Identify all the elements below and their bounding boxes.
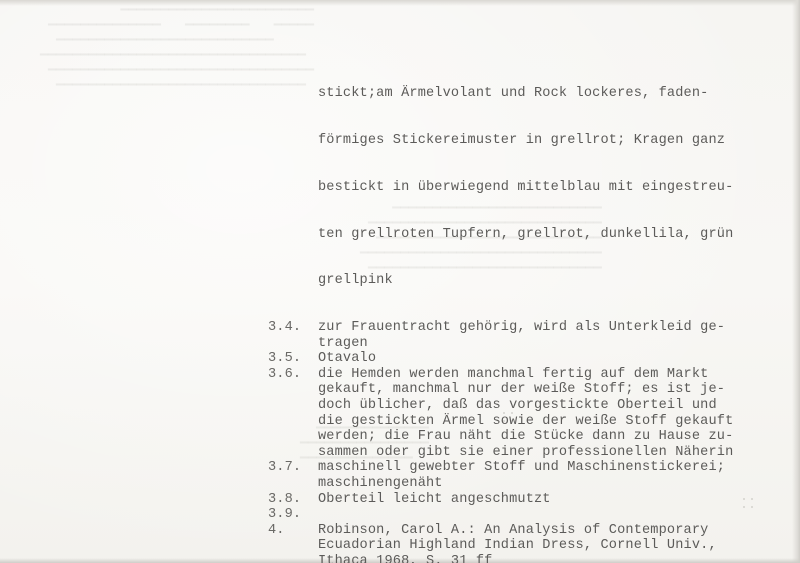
- entry-number: 4.: [268, 523, 318, 563]
- entry-4: 4.Robinson, Carol A.: An Analysis of Con…: [268, 523, 798, 563]
- entry-number: 3.9.: [268, 507, 318, 523]
- entry-number: 3.6.: [268, 367, 318, 461]
- text-line: zur Frauentracht gehörig, wird als Unter…: [318, 320, 798, 336]
- entry-number: 3.5.: [268, 351, 318, 367]
- continuation-block: stickt;am Ärmelvolant und Rock lockeres,…: [268, 55, 798, 320]
- text-line: werden; die Frau näht die Stücke dann zu…: [318, 429, 798, 445]
- paper-card: ▔▔▔▔▔▔▔▔▔▔▔▔▔▔▔▔▔▔▔▔▔▔▔▔ ▔▔▔▔▔ ▔▔▔▔▔▔▔▔ …: [0, 0, 800, 563]
- numbered-entries: 3.4.zur Frauentracht gehörig, wird als U…: [268, 320, 798, 563]
- text-line: Ecuadorian Highland Indian Dress, Cornel…: [318, 538, 798, 554]
- card-top-edge: [0, 0, 800, 6]
- typewritten-text: stickt;am Ärmelvolant und Rock lockeres,…: [268, 55, 798, 563]
- entry-3-7: 3.7.maschinell gewebter Stoff und Maschi…: [268, 460, 798, 491]
- entry-3-5: 3.5.Otavalo: [268, 351, 798, 367]
- text-line: sammen oder gibt sie einer professionell…: [318, 445, 798, 461]
- text-line: die gestickten Ärmel sowie der weiße Sto…: [318, 414, 798, 430]
- text-line: maschinengenäht: [318, 476, 798, 492]
- text-line: doch üblicher, daß das vorgestickte Ober…: [318, 398, 798, 414]
- entry-3-8: 3.8.Oberteil leicht angeschmutzt: [268, 492, 798, 508]
- text-line: grellpink: [318, 273, 798, 289]
- entry-3-6: 3.6.die Hemden werden manchmal fertig au…: [268, 367, 798, 461]
- entry-3-4: 3.4.zur Frauentracht gehörig, wird als U…: [268, 320, 798, 351]
- text-line: die Hemden werden manchmal fertig auf de…: [318, 367, 798, 383]
- entry-number: 3.8.: [268, 492, 318, 508]
- text-line: stickt;am Ärmelvolant und Rock lockeres,…: [318, 86, 798, 102]
- text-line: gekauft, manchmal nur der weiße Stoff; e…: [318, 382, 798, 398]
- text-line: bestickt in überwiegend mittelblau mit e…: [318, 180, 798, 196]
- text-line: tragen: [318, 336, 798, 352]
- entry-3-9: 3.9.: [268, 507, 798, 523]
- text-line: [318, 507, 798, 523]
- entry-number: 3.7.: [268, 460, 318, 491]
- entry-number: 3.4.: [268, 320, 318, 351]
- text-line: maschinell gewebter Stoff und Maschinens…: [318, 460, 798, 476]
- text-line: Oberteil leicht angeschmutzt: [318, 492, 798, 508]
- text-line: Ithaca 1968, S. 31 ff: [318, 554, 798, 563]
- text-line: Robinson, Carol A.: An Analysis of Conte…: [318, 523, 798, 539]
- text-line: Otavalo: [318, 351, 798, 367]
- text-line: ten grellroten Tupfern, grellrot, dunkel…: [318, 227, 798, 243]
- text-line: förmiges Stickereimuster in grellrot; Kr…: [318, 133, 798, 149]
